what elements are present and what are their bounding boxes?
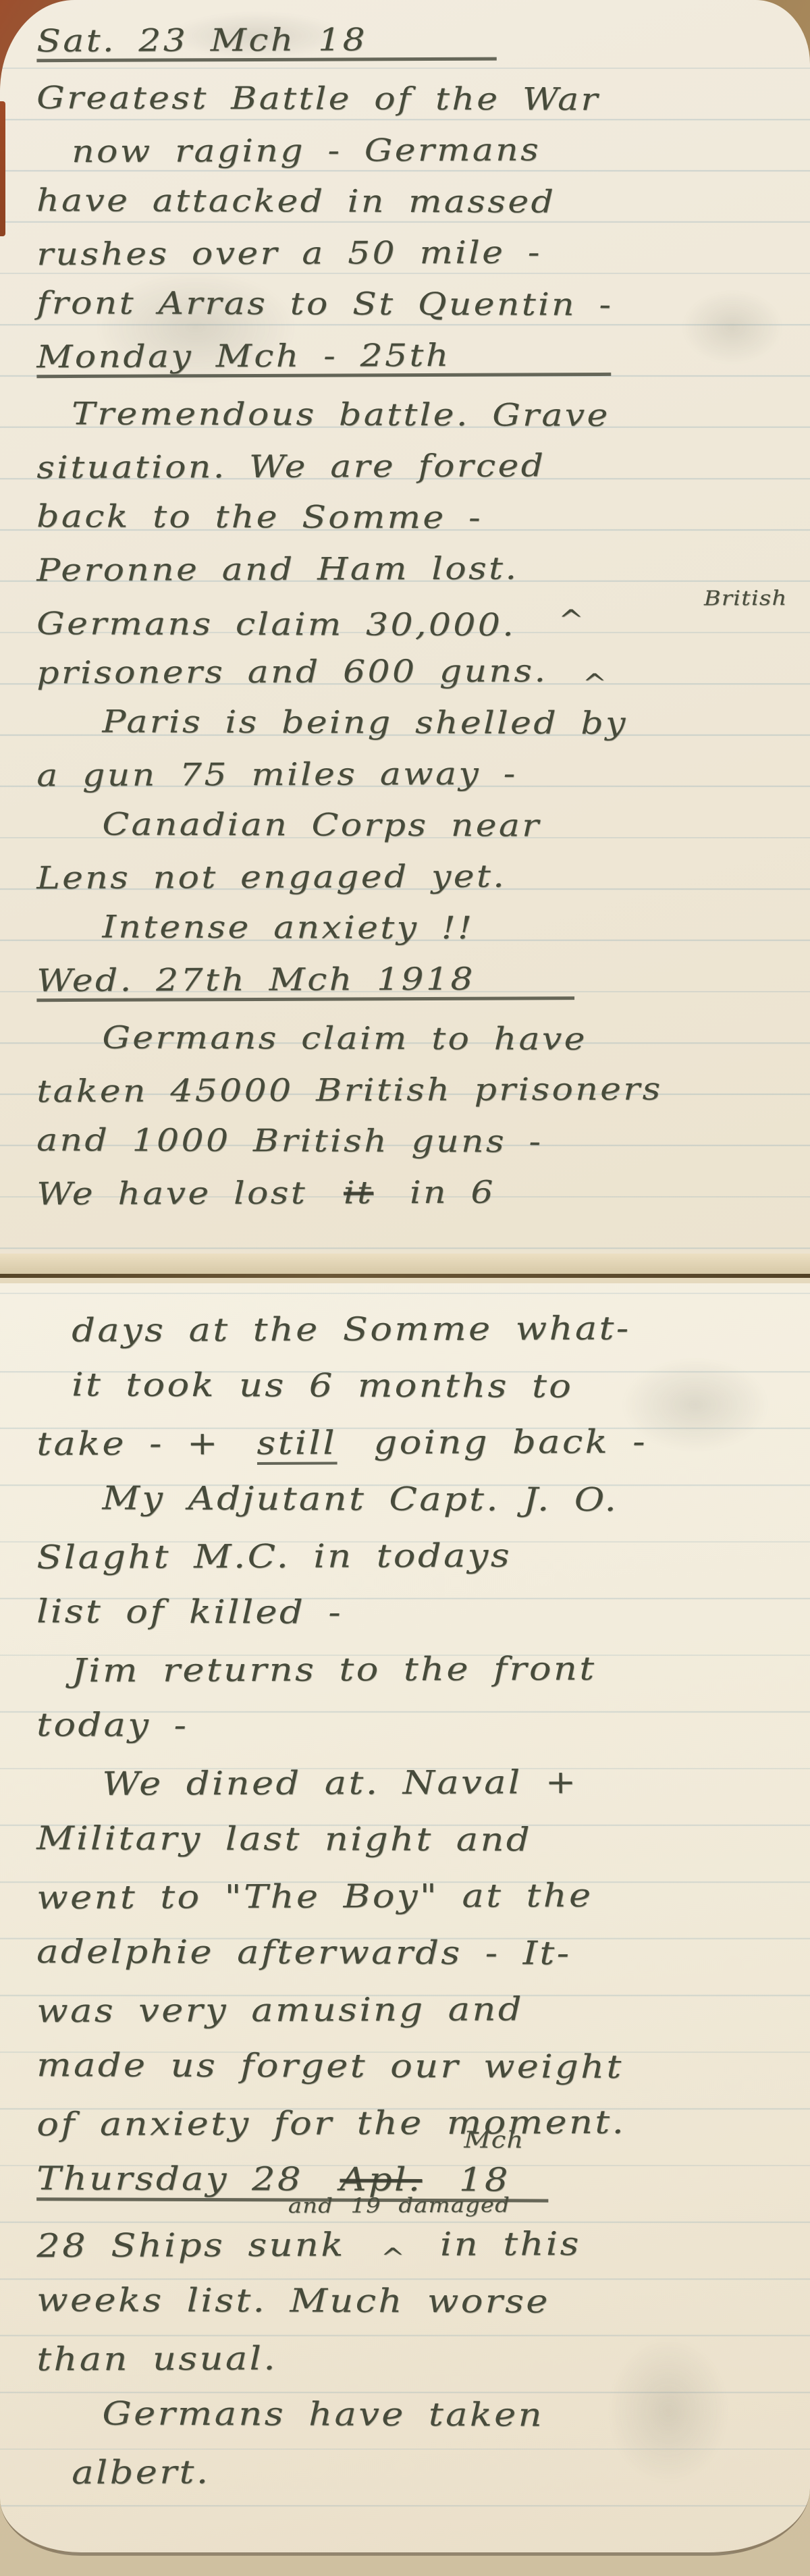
handwriting-text: take - + (36, 1424, 220, 1463)
handwriting-line: take - + still going back - (36, 1413, 807, 1472)
handwriting-block-bottom: days at the Somme what- it took us 6 mon… (0, 1283, 810, 2500)
handwriting-line: Greatest Battle of the War (36, 72, 807, 126)
caret-mark: ^ (583, 668, 607, 698)
handwriting-line: Paris is being shelled by (36, 695, 807, 749)
handwriting-line: weeks list. Much worse (36, 2272, 807, 2331)
handwriting-line: Canadian Corps near (36, 798, 807, 852)
handwriting-line: rushes over a 50 mile - (36, 225, 807, 279)
handwriting-line: front Arras to St Quentin - (36, 277, 807, 331)
handwriting-line: have attacked in massed (36, 174, 807, 228)
handwriting-line: situation. We are forced (36, 439, 807, 493)
handwriting-text: Thursday 28 (36, 2159, 303, 2198)
page-bottom-edge (0, 1254, 810, 1274)
handwriting-line: Tremendous battle. Grave (36, 387, 807, 441)
underlined-word: still (256, 1424, 337, 1464)
handwriting-line: went to "The Boy" at the (36, 1867, 807, 1926)
handwriting-line: Slaght M.C. in todays (36, 1526, 807, 1586)
handwriting-line: than usual. (36, 2328, 807, 2388)
handwriting-line: Peronne and Ham lost. British (36, 541, 807, 595)
handwriting-line: Jim returns to the front (36, 1640, 807, 1699)
handwriting-line: a gun 75 miles away - (36, 747, 807, 801)
handwriting-line: We have lost it in 6 (36, 1165, 807, 1219)
handwriting-text: in this (440, 2225, 581, 2263)
handwriting-text: Germans claim 30,000. (36, 605, 516, 643)
handwriting-text: prisoners and 600 guns. (36, 652, 547, 691)
handwriting-line: Intense anxiety !! (36, 901, 807, 955)
struck-word: it (344, 1174, 374, 1210)
handwriting-line: Germans have taken (36, 2385, 807, 2444)
handwriting-line: adelphie afterwards - It- (36, 1923, 807, 1983)
diary-scan: { "artifact": { "description": "Two phot… (0, 0, 810, 2576)
handwriting-line: it took us 6 months to (36, 1356, 807, 1416)
date-heading: Monday Mch - 25th (36, 328, 807, 382)
page-paper-bottom: days at the Somme what- it took us 6 mon… (0, 1283, 810, 2556)
handwriting-line: Military last night and (36, 1810, 807, 1869)
handwriting-line: was very amusing and (36, 1980, 807, 2039)
date-heading-text: Sat. 23 Mch 18 (36, 22, 497, 62)
diary-photo-top: Sat. 23 Mch 18 Greatest Battle of the Wa… (0, 0, 810, 1278)
inserted-phrase-and-19-damaged: and 19 damaged (288, 2195, 510, 2216)
handwriting-line: of anxiety for the moment. (36, 2093, 807, 2153)
handwriting-line: made us forget our weight (36, 2037, 807, 2096)
inserted-word-mch: Mch (464, 2128, 524, 2151)
handwriting-line: We dined at. Naval + (36, 1753, 807, 1813)
handwriting-text: going back - (373, 1423, 647, 1462)
diary-photo-bottom: days at the Somme what- it took us 6 mon… (0, 1278, 810, 2576)
handwriting-text: Peronne and Ham lost. (36, 549, 518, 588)
handwriting-line: Germans claim 30,000. ^ (36, 593, 807, 647)
struck-word: Apl. (340, 2161, 422, 2199)
handwriting-line: and 1000 British guns - (36, 1114, 807, 1168)
caret-mark: ^ (381, 2243, 405, 2272)
page-paper-top: Sat. 23 Mch 18 Greatest Battle of the Wa… (0, 0, 810, 1254)
handwriting-line: today - (36, 1696, 807, 1756)
handwriting-line: taken 45000 British prisoners (36, 1063, 807, 1117)
handwriting-line: Lens not engaged yet. (36, 849, 807, 903)
handwriting-line: albert. (36, 2442, 807, 2501)
date-heading-text: Wed. 27th Mch 1918 (36, 961, 574, 1002)
handwriting-line: now raging - Germans (36, 123, 807, 177)
date-heading: Sat. 23 Mch 18 (36, 12, 807, 66)
handwriting-line: list of killed - (36, 1583, 807, 1642)
cover-sliver (0, 101, 5, 236)
handwriting-line: My Adjutant Capt. J. O. (36, 1470, 807, 1529)
date-heading: Wed. 27th Mch 1918 (36, 952, 807, 1006)
handwriting-line: prisoners and 600 guns. ^ (36, 644, 807, 698)
handwriting-line: days at the Somme what- (36, 1299, 807, 1359)
handwriting-text: 28 Ships sunk (36, 2226, 346, 2265)
handwriting-block-top: Sat. 23 Mch 18 Greatest Battle of the Wa… (0, 0, 810, 1218)
date-heading-text: Monday Mch - 25th (36, 338, 611, 378)
handwriting-text: We have lost (36, 1175, 307, 1212)
handwriting-line: Germans claim to have (36, 1011, 807, 1065)
handwriting-line: 28 Ships sunk ^ in this and 19 damaged (36, 2215, 807, 2274)
handwriting-text: in 6 (410, 1174, 495, 1210)
handwriting-line: back to the Somme - (36, 490, 807, 544)
caret-mark: ^ (558, 605, 584, 636)
